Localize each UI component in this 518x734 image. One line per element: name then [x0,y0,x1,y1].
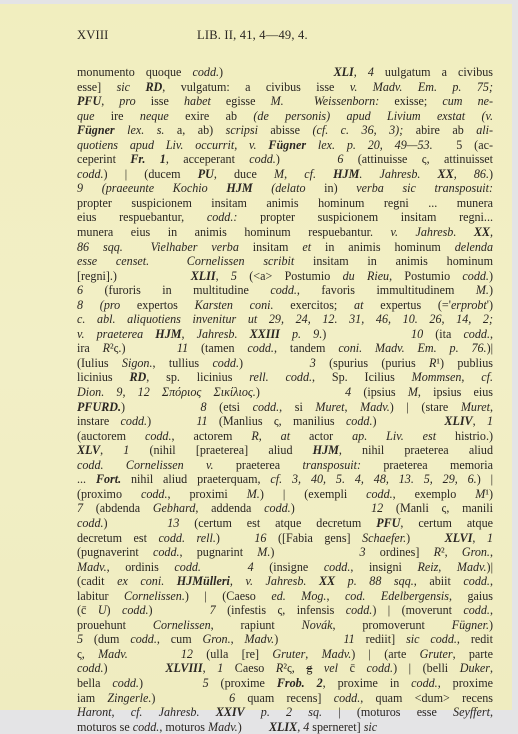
text-line: 7 (abdenda Gebhard, addenda codd.) 12 (M… [77,501,493,516]
text-line: codd.) 13 (certum est atque decretum PFU… [77,516,493,531]
text-line: XLV, 1 (nihil [praeterea] aliud HJM, nih… [77,443,493,458]
text-line: 5 (dum codd., cum Gron., Madv.) 11 redii… [77,632,493,647]
text-line: 86 sqq. Vielhaber verba insitam et in an… [77,240,493,255]
text-line: esse] sic RD, vulgatum: a civibus isse v… [77,80,493,95]
text-line: ... Fort. nihil aliud praeterquam, cf. 3… [77,472,493,487]
text-line: decretum est codd. rell.) 16 ([Fabia gen… [77,531,493,546]
text-line: [regni].) XLII, 5 (<a> Postumio du Rieu,… [77,269,493,284]
text-line: ceperint Fr. 1, acceperant codd.) 6 (att… [77,152,493,167]
text-line: licinius RD, sp. licinius rell. codd., S… [77,370,493,385]
text-line: eius respuebantur, codd.: propter suspic… [77,210,493,225]
text-line: 8 (pro expertos Karsten coni. exercitos;… [77,298,493,313]
text-line: c. abl. aliquotiens invenitur ut 29, 24,… [77,312,493,327]
text-line: Madv., ordinis codd. 4 (insigne codd., i… [77,560,493,575]
text-line: esse censet. Cornelissen scribit insitam… [77,254,493,269]
text-line: v. praeterea HJM, Jahresb. XXIII p. 9.) … [77,327,493,342]
text-line: iam Zingerle.) 6 quam recens] codd., qua… [77,691,493,706]
text-line: monumento quoque codd.) XLI, 4 uulgatum … [77,65,493,80]
text-line: instare codd.) 11 (Manlius ς, manilius c… [77,414,493,429]
text-line: prouehunt Cornelissen, rapiunt Novák, pr… [77,618,493,633]
text-line: (c̄ U) codd.) 7 (infestis ς, infensis co… [77,603,493,618]
text-line: que ire neque exire ab (de personis) apu… [77,109,493,124]
text-line: (auctorem codd., actorem R, at actor ap.… [77,429,493,444]
text-line: labitur Cornelissen.) | (Caeso ed. Mog.,… [77,589,493,604]
text-line: 6 (furoris in multitudine codd., favoris… [77,283,493,298]
critical-apparatus-text: monumento quoque codd.) XLI, 4 uulgatum … [77,65,493,724]
text-line: ira R²ς.) 11 (tamen codd., tandem coni. … [77,341,493,356]
text-line: ς, Madv. 12 (ulla [re] Gruter, Madv.) | … [77,647,493,662]
text-line: propter suspicionem insitam animis homin… [77,196,493,211]
text-line: codd. Cornelissen v. praeterea transposu… [77,458,493,473]
text-line: 9 (praeeunte Kochio HJM (delato in) verb… [77,181,493,196]
text-line: Dion. 9, 12 Σπόριος Σικίλιος.) 4 (ipsius… [77,385,493,400]
text-line: codd.) XLVIII, 1 Caeso R²ς, g vel c̄ cod… [77,661,493,676]
text-line: Haront, cf. Jahresb. XXIV p. 2 sq. | (mo… [77,705,493,720]
running-head: LIB. II, 41, 4—49, 4. [197,28,308,43]
text-line: PFURD.) 8 (etsi codd., si Muret, Madv.) … [77,400,493,415]
text-line: (cadit ex coni. HJMülleri, v. Jahresb. X… [77,574,493,589]
text-line: bella codd.) 5 (proxime Frob. 2, proxime… [77,676,493,691]
text-line: (pugnaverint codd., pugnarint M.) 3 ordi… [77,545,493,560]
text-line: quotiens apud Liv. occurrit, v. Fügner l… [77,138,493,153]
text-line: (proximo codd., proximi M.) | (exempli c… [77,487,493,502]
text-line: Fügner lex. s. a, ab) scripsi abisse (cf… [77,123,493,138]
text-line: (Iulius Sigon., tullius codd.) 3 (spuriu… [77,356,493,371]
text-line: PFU, pro isse habet egisse M. Weissenbor… [77,94,493,109]
text-line: moturos se codd., moturos Madv.) XLIX, 4… [77,720,493,724]
book-page: XVIII LIB. II, 41, 4—49, 4. monumento qu… [0,4,512,710]
text-line: codd.) | (ducem PU, duce M, cf. HJM. Jah… [77,167,493,182]
text-line: munera eius in animis hominum respuebant… [77,225,493,240]
page-number: XVIII [77,28,109,43]
